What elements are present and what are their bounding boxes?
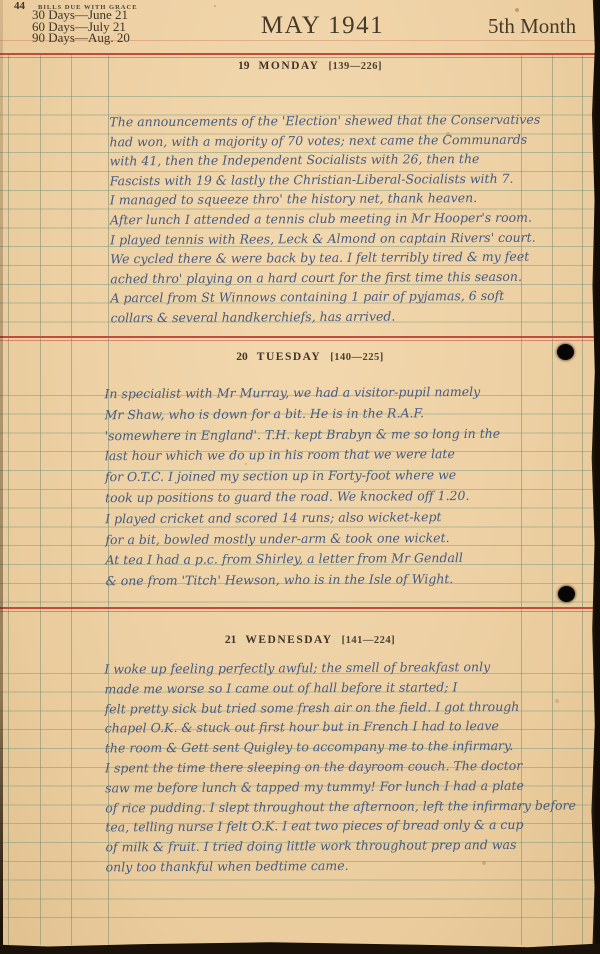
day-header-tuesday: 20TUESDAY[140—225]	[0, 351, 600, 363]
punch-hole-bottom	[558, 586, 575, 602]
day-of-year-range: [141—224]	[342, 635, 396, 646]
red-rule-tuesday-2	[0, 340, 600, 341]
day-of-year-range: [140—225]	[330, 352, 384, 363]
text-line: had won, with a majority of 70 votes; ne…	[109, 129, 540, 151]
day-name: TUESDAY	[257, 351, 321, 363]
text-line: After lunch I attended a tennis club mee…	[110, 208, 541, 230]
text-line: At tea I had a p.c. from Shirley, a lett…	[105, 548, 501, 571]
text-line: of milk & fruit. I tried doing little wo…	[105, 835, 576, 858]
text-line: I played tennis with Rees, Leck & Almond…	[110, 227, 541, 249]
text-line: I managed to squeeze thro' the history n…	[110, 188, 541, 210]
text-line: The announcements of the 'Election' shew…	[109, 110, 540, 132]
text-line: 'somewhere in England'. T.H. kept Brabyn…	[105, 423, 501, 446]
text-line: collars & several handkerchiefs, has arr…	[111, 306, 542, 328]
handwritten-entry-wednesday: I woke up feeling perfectly awful; the s…	[104, 657, 576, 878]
text-line: A parcel from St Winnows containing 1 pa…	[110, 286, 541, 308]
scan-edge-left	[0, 0, 3, 954]
day-name: WEDNESDAY	[245, 634, 332, 646]
day-name: MONDAY	[259, 60, 320, 72]
text-line: Mr Shaw, who is down for a bit. He is in…	[104, 403, 500, 426]
red-rule-wednesday-2	[0, 611, 600, 612]
punch-hole-top	[557, 344, 574, 360]
text-line: for O.T.C. I joined my section up in For…	[105, 465, 501, 488]
red-rule-header-2	[0, 57, 600, 58]
text-line: only too thankful when bedtime came.	[106, 855, 577, 878]
text-line: & one from 'Titch' Hewson, who is in the…	[106, 569, 502, 592]
text-line: saw me before lunch & tapped my tummy! F…	[105, 775, 576, 798]
margin-line-left-2	[40, 53, 41, 945]
day-number: 21	[225, 634, 237, 646]
text-line: last hour which we do up in his room tha…	[105, 444, 501, 467]
red-rule-wednesday-1	[0, 607, 600, 609]
text-line: took up positions to guard the road. We …	[105, 486, 501, 509]
text-line: I played cricket and scored 14 runs; als…	[105, 507, 501, 530]
handwritten-entry-monday: The announcements of the 'Election' shew…	[109, 110, 541, 328]
day-number: 19	[238, 60, 250, 72]
red-rule-header-1	[0, 53, 600, 55]
text-line: Fascists with 19 & lastly the Christian-…	[110, 168, 541, 190]
day-of-year-range: [139—226]	[328, 61, 382, 72]
day-header-monday: 19MONDAY[139—226]	[0, 60, 600, 72]
month-ordinal-label: 5th Month	[488, 14, 576, 39]
scan-edge-bottom	[0, 939, 600, 954]
text-line: In specialist with Mr Murray, we had a v…	[104, 382, 500, 405]
red-rule-tuesday-1	[0, 336, 600, 338]
margin-line-right-3	[582, 53, 583, 945]
margin-line-left-1	[8, 53, 9, 945]
margin-line-left-3	[71, 53, 72, 945]
text-line: felt pretty sick but tried some fresh ai…	[105, 696, 576, 719]
page-number: 44	[14, 0, 25, 12]
text-line: with 41, then the Independent Socialists…	[110, 149, 541, 171]
day-number: 20	[236, 351, 248, 363]
day-header-wednesday: 21WEDNESDAY[141—224]	[0, 634, 600, 646]
text-line: We cycled there & were back by tea. I fe…	[110, 247, 541, 269]
text-line: for a bit, bowled mostly under-arm & too…	[105, 527, 501, 550]
text-line: ached thro' playing on a hard court for …	[110, 266, 541, 288]
handwritten-entry-tuesday: In specialist with Mr Murray, we had a v…	[104, 382, 501, 592]
text-line: I spent the time there sleeping on the d…	[105, 756, 576, 779]
diary-page-scan: 44 BILLS DUE WITH GRACE 30 Days—June 216…	[0, 0, 600, 954]
